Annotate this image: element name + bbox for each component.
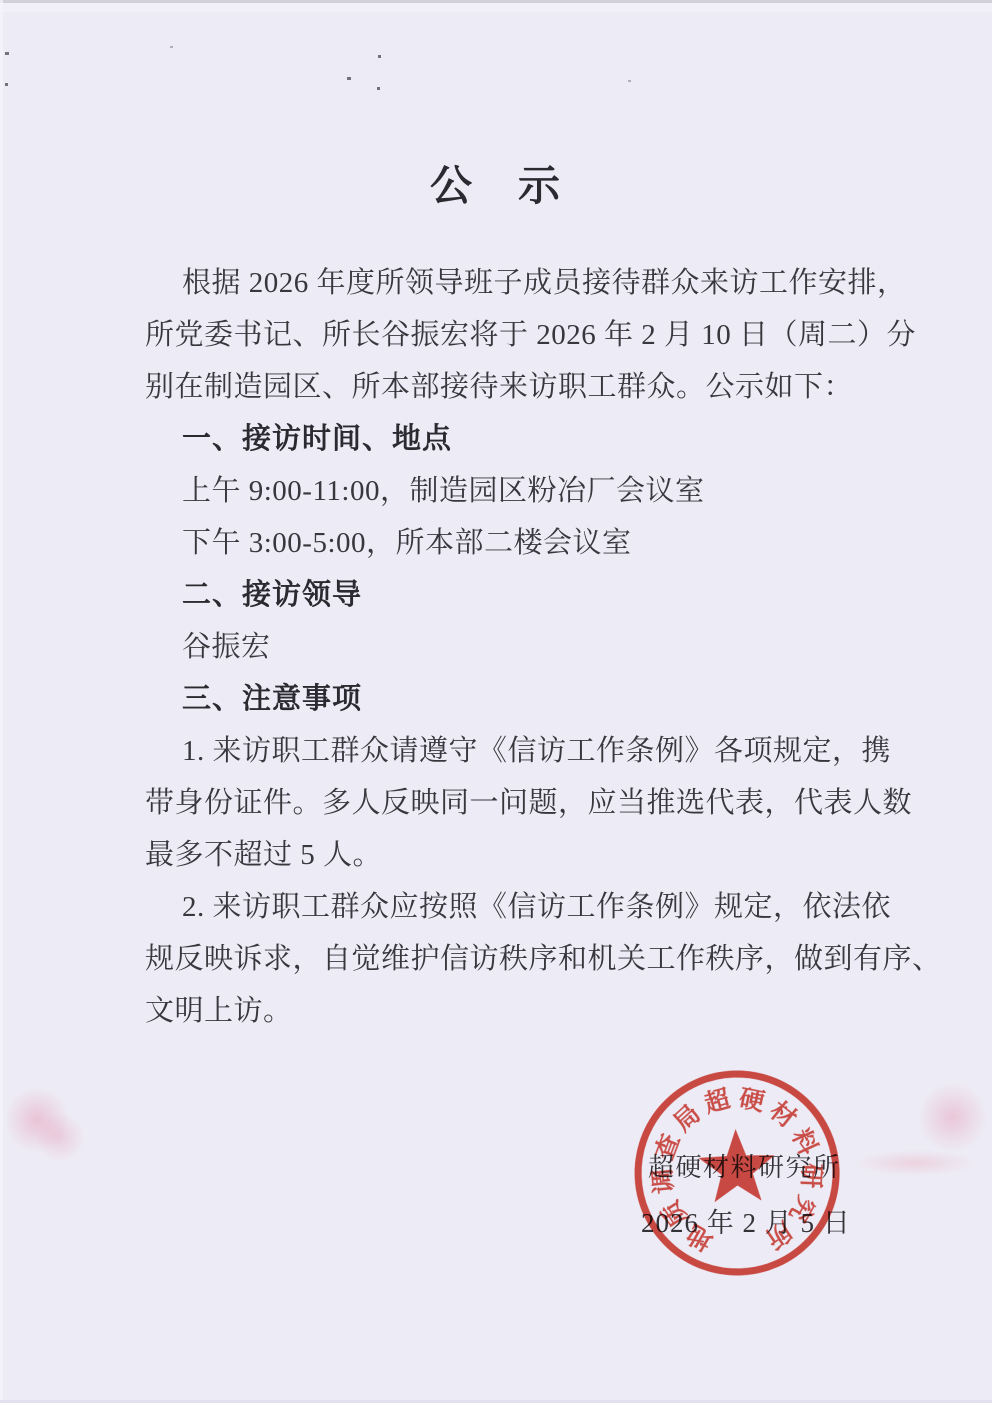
issuer-signature: 超硬材料研究所 [648,1147,841,1184]
issue-date: 2026 年 2 月 5 日 [641,1201,851,1240]
body-line: 规反映诉求，自觉维护信访秩序和机关工作秩序，做到有序、 [145,933,861,985]
scan-speck [5,83,8,86]
body-line: 下午 3:00-5:00，所本部二楼会议室 [145,517,861,569]
svg-text:硬: 硬 [737,1084,767,1116]
body-line: 带身份证件。多人反映同一问题，应当推选代表，代表人数 [145,777,861,829]
body-line: 谷振宏 [145,621,861,673]
ink-smudge [2,1085,72,1155]
svg-text:材: 材 [765,1096,802,1133]
body-line: 1. 来访职工群众请遵守《信访工作条例》各项规定，携 [145,725,861,777]
ink-smudge [915,1080,990,1155]
body-line: 最多不超过 5 人。 [145,829,861,881]
body-line: 文明上访。 [145,985,861,1037]
scan-speck [5,52,9,55]
body-line: 别在制造园区、所本部接待来访职工群众。公示如下： [145,361,861,413]
scanned-notice-page: 公 示 根据 2026 年度所领导班子成员接待群众来访工作安排， 所党委书记、所… [0,0,992,1403]
body-line: 上午 9:00-11:00，制造园区粉冶厂会议室 [145,465,861,517]
page-title: 公 示 [0,163,992,209]
scan-speck [347,77,351,80]
section-heading-1: 一、接访时间、地点 [145,413,861,465]
scan-speck [170,46,173,48]
notice-body: 根据 2026 年度所领导班子成员接待群众来访工作安排， 所党委书记、所长谷振宏… [145,257,861,1037]
svg-text:局: 局 [668,1100,705,1138]
scan-edge-top-strip [0,3,992,12]
scan-speck [628,80,631,82]
ink-smudge [30,1115,90,1160]
body-line: 根据 2026 年度所领导班子成员接待群众来访工作安排， [145,257,861,309]
ink-smudge [855,1150,975,1176]
section-heading-2: 二、接访领导 [145,569,861,621]
body-line: 2. 来访职工群众应按照《信访工作条例》规定，依法依 [145,881,861,933]
scan-speck [378,55,381,58]
scan-speck [377,87,380,90]
svg-text:超: 超 [701,1084,733,1119]
scan-edge-left [0,0,3,1403]
body-line: 所党委书记、所长谷振宏将于 2026 年 2 月 10 日（周二）分 [145,309,861,361]
section-heading-3: 三、注意事项 [145,673,861,725]
